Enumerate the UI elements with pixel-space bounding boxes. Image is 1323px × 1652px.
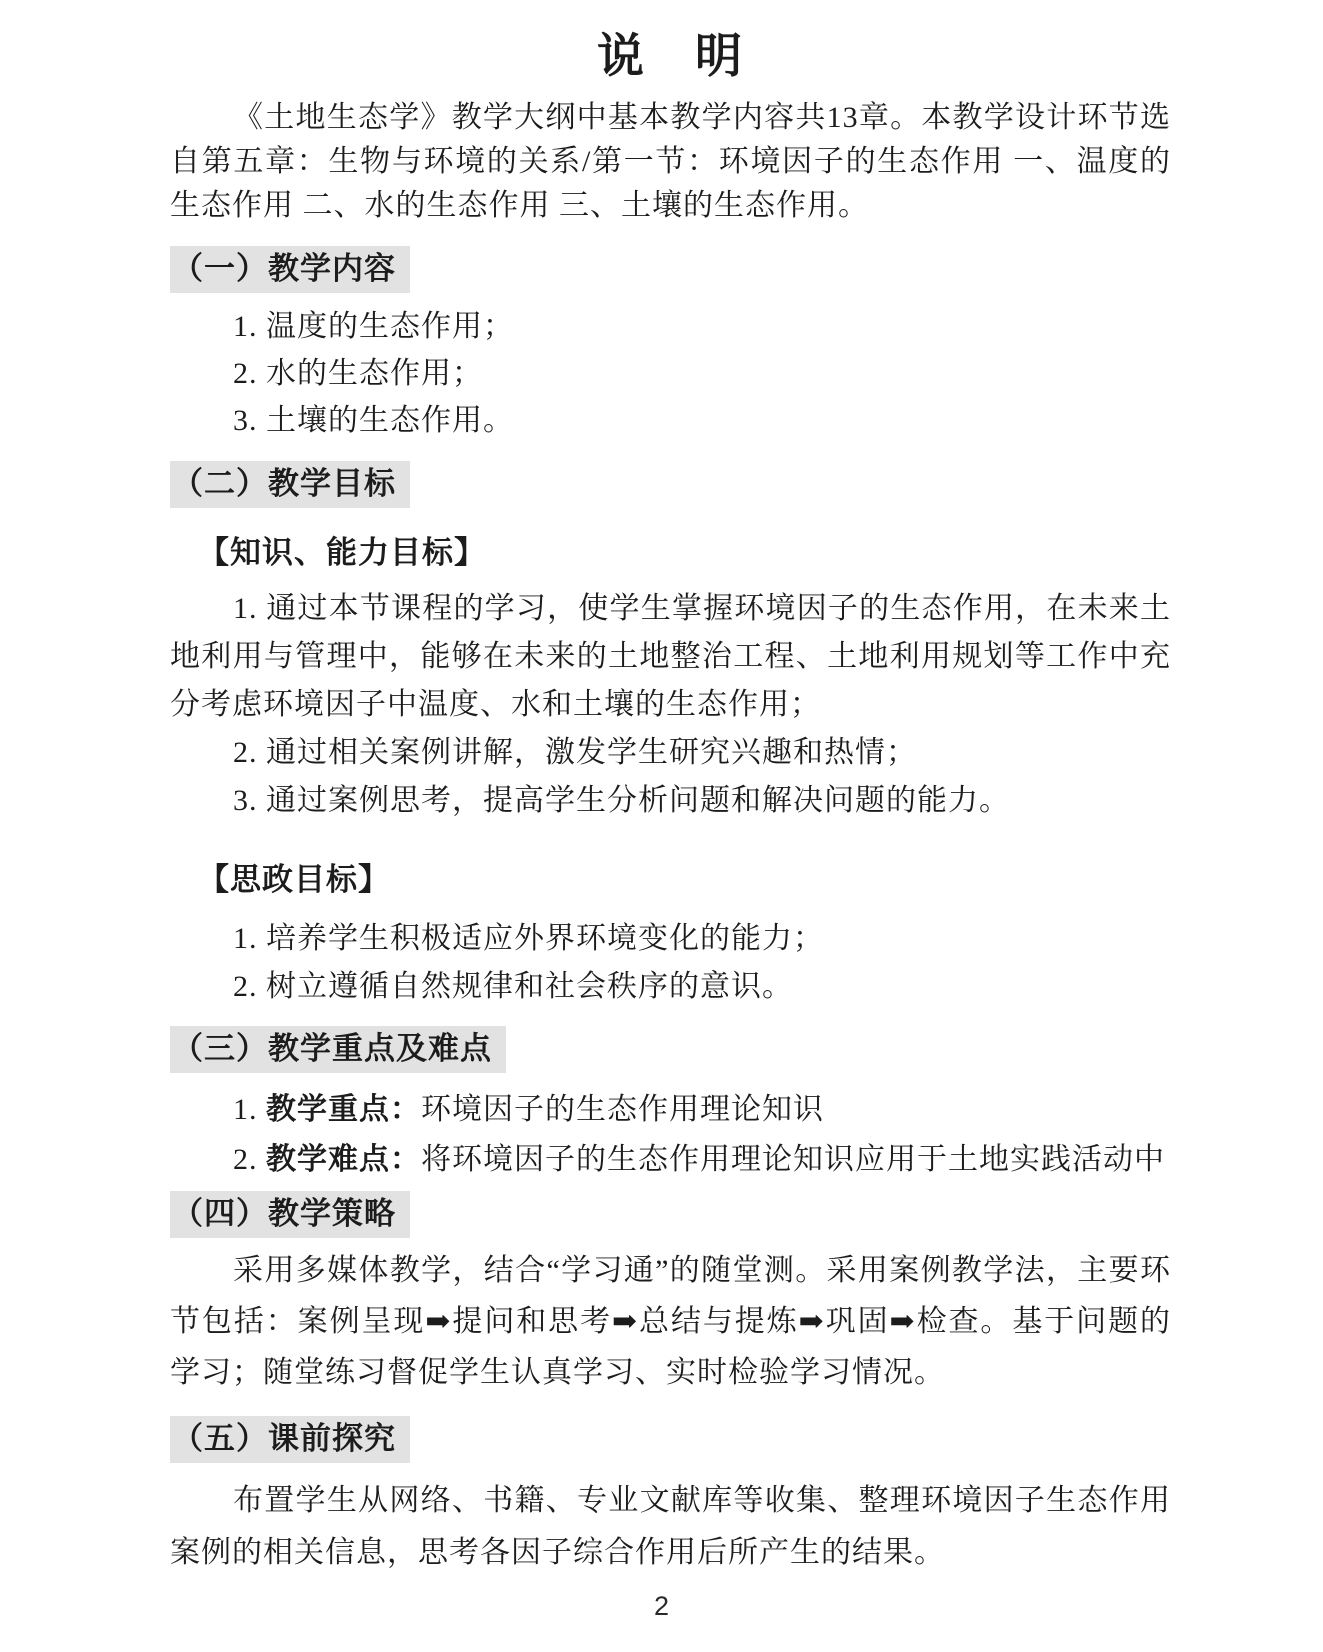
list-item: 3. 土壤的生态作用。 xyxy=(170,397,1171,444)
item-text: 将环境因子的生态作用理论知识应用于土地实践活动中 xyxy=(421,1143,1165,1176)
subheading-knowledge-ability-goals: 【知识、能力目标】 xyxy=(198,534,1171,572)
list-item: 2. 教学难点：将环境因子的生态作用理论知识应用于土地实践活动中 xyxy=(170,1135,1171,1185)
list-item: 2. 树立遵循自然规律和社会秩序的意识。 xyxy=(170,963,1171,1011)
item-number: 2. xyxy=(233,1143,266,1176)
list-item: 1. 教学重点：环境因子的生态作用理论知识 xyxy=(170,1085,1171,1135)
teaching-content-list: 1. 温度的生态作用； 2. 水的生态作用； 3. 土壤的生态作用。 xyxy=(170,303,1171,444)
knowledge-goal-item: 3. 通过案例思考，提高学生分析问题和解决问题的能力。 xyxy=(170,777,1171,825)
key-points-list: 1. 教学重点：环境因子的生态作用理论知识 2. 教学难点：将环境因子的生态作用… xyxy=(170,1085,1171,1185)
ideology-goal-list: 1. 培养学生积极适应外界环境变化的能力； 2. 树立遵循自然规律和社会秩序的意… xyxy=(170,915,1171,1011)
item-label: 教学难点： xyxy=(266,1143,421,1176)
section-heading-key-difficult-points: （三）教学重点及难点 xyxy=(170,1026,506,1073)
item-text: 环境因子的生态作用理论知识 xyxy=(421,1093,824,1126)
subheading-ideology-goals: 【思政目标】 xyxy=(198,861,1171,899)
section-heading-teaching-strategy: （四）教学策略 xyxy=(170,1191,410,1238)
item-label: 教学重点： xyxy=(266,1093,421,1126)
list-item: 1. 培养学生积极适应外界环境变化的能力； xyxy=(170,915,1171,963)
page-title: 说 明 xyxy=(170,26,1171,86)
section-heading-pre-class-exploration: （五）课前探究 xyxy=(170,1416,410,1463)
knowledge-goal-paragraph: 1. 通过本节课程的学习，使学生掌握环境因子的生态作用，在未来土地利用与管理中，… xyxy=(170,585,1171,729)
intro-paragraph: 《土地生态学》教学大纲中基本教学内容共13章。本教学设计环节选自第五章：生物与环… xyxy=(170,96,1171,228)
page-number: 2 xyxy=(0,1591,1323,1622)
list-item: 1. 温度的生态作用； xyxy=(170,303,1171,350)
list-item: 2. 水的生态作用； xyxy=(170,350,1171,397)
knowledge-goal-item: 2. 通过相关案例讲解，激发学生研究兴趣和热情； xyxy=(170,729,1171,777)
teaching-strategy-paragraph: 采用多媒体教学，结合“学习通”的随堂测。采用案例教学法，主要环节包括：案例呈现➡… xyxy=(170,1245,1171,1398)
document-page: 说 明 《土地生态学》教学大纲中基本教学内容共13章。本教学设计环节选自第五章：… xyxy=(0,0,1323,1652)
section-heading-teaching-objectives: （二）教学目标 xyxy=(170,461,410,508)
item-number: 1. xyxy=(233,1093,266,1126)
section-heading-teaching-content: （一）教学内容 xyxy=(170,246,410,293)
pre-class-exploration-paragraph: 布置学生从网络、书籍、专业文献库等收集、整理环境因子生态作用案例的相关信息，思考… xyxy=(170,1475,1171,1579)
